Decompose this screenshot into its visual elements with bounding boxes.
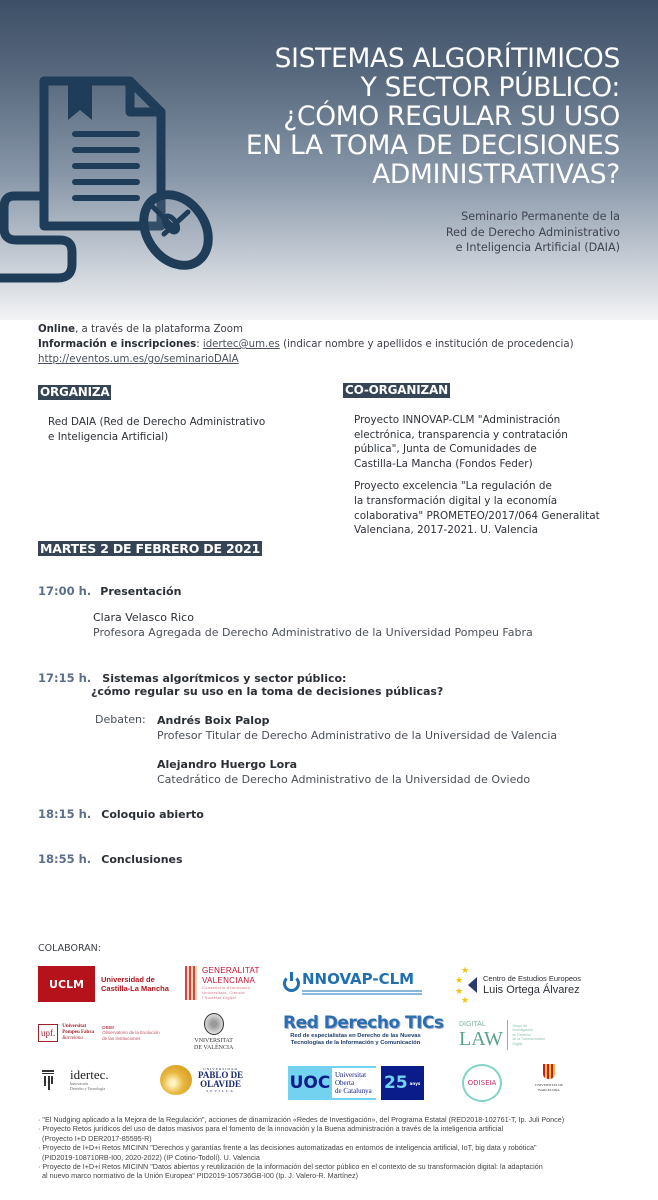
coorganizers-section: CO-ORGANIZAN Proyecto INNOVAP-CLM "Admin… (343, 381, 633, 538)
debate-label: Debaten: (95, 713, 146, 726)
title-line: ADMINISTRATIVAS? (160, 160, 620, 189)
text-line: colaborativa" PROMETEO/2017/064 Generali… (354, 509, 633, 524)
odiseia-logo: ODISEIA (462, 1064, 502, 1102)
uoc-mark: UOC (288, 1066, 332, 1100)
idertec-text: idertec. Innovación Derecho y Tecnología (70, 1068, 109, 1091)
program-title: Sistemas algorítmicos y sector público: (102, 672, 346, 685)
program-time: 17:00 h. (38, 584, 91, 598)
speaker-role: Profesora Agregada de Derecho Administra… (93, 625, 533, 640)
speaker-name: Alejandro Huergo Lora (157, 757, 530, 772)
speaker-role: Catedrático de Derecho Administrativo de… (157, 772, 530, 787)
text-line: idertec. (70, 1068, 109, 1081)
footnote: (Proyecto I+D DER2017-85595-R) (38, 1134, 638, 1143)
speaker: Alejandro Huergo Lora Catedrático de Der… (157, 757, 530, 787)
footnote: al nuevo marco normativo de la Unión Eur… (38, 1171, 638, 1180)
coorganizer-project: Proyecto INNOVAP-CLM "Administración ele… (354, 413, 633, 471)
digital-law-text: DIGITAL LAW (459, 1021, 503, 1049)
event-subtitle: Seminario Permanente de la Red de Derech… (300, 209, 620, 256)
digital-law-logo: DIGITAL LAW Grupo de Investigación en De… (459, 1020, 545, 1050)
text-line: Derecho y Tecnología (70, 1086, 109, 1091)
speaker: Andrés Boix Palop Profesor Titular de De… (157, 713, 557, 743)
text-line: VNIVERSITAT (194, 1038, 233, 1045)
text-line: UNIVERSITAT DE (535, 1083, 563, 1088)
footnote: · Proyecto de I+D+i Retos MICINN "Datos … (38, 1162, 638, 1171)
text-line: Red de especialistas en Derecho de las N… (283, 1033, 428, 1040)
gva-text: GENERALITAT VALENCIANA Conselleria d'Inn… (202, 966, 260, 1000)
column-icon (42, 1070, 54, 1090)
program-item: 17:00 h. Presentación (38, 580, 181, 599)
organizer-section: ORGANIZA Red DAIA (Red de Derecho Admini… (38, 383, 308, 444)
title-line: SISTEMAS ALGORÍTIMICOS (160, 44, 620, 73)
footnote: · "El Nudging aplicado a la Mejora de la… (38, 1115, 638, 1124)
universitat-valencia-logo: VNIVERSITAT DE VALÈNCIA (194, 1013, 233, 1052)
idertec-logo: idertec. Innovación Derecho y Tecnología (42, 1068, 109, 1091)
uoc-25-badge: 25anys (381, 1066, 424, 1100)
text-line: Proyecto excelencia "La regulación de (354, 479, 633, 494)
text-line: Digital (512, 1042, 545, 1047)
innovap-text: NNOVAP-CLM (302, 972, 422, 987)
pablo-olavide-logo: UNIVERSIDAD PABLO DE OLAVIDE SEVILLA (160, 1065, 243, 1095)
uoc-logo: UOC Universitat Oberta de Catalunya 25an… (288, 1066, 424, 1100)
text-line: OLAVIDE (198, 1080, 243, 1089)
program-title: Conclusiones (101, 853, 182, 866)
generalitat-valenciana-logo: GENERALITAT VALENCIANA Conselleria d'Inn… (185, 966, 260, 1000)
organizer-heading: ORGANIZA (38, 385, 111, 400)
program-title-line-2: ¿cómo regular su uso en la toma de decis… (91, 685, 443, 698)
innovap-clm-logo: NNOVAP-CLM (283, 972, 422, 995)
text-line: Red DAIA (Red de Derecho Administrativo (48, 415, 308, 430)
footnote: · Proyecto de I+D+i Retos MICINN "Derech… (38, 1143, 638, 1152)
online-text: , a través de la plataforma Zoom (75, 324, 243, 335)
speaker-role: Profesor Titular de Derecho Administrati… (157, 728, 557, 743)
subtitle-line: e Inteligencia Artificial (DAIA) (300, 240, 620, 256)
coorganizer-project: Proyecto excelencia "La regulación de la… (354, 479, 633, 537)
obiei-text: OBIEI Observatorio de la Evolución de la… (102, 1025, 160, 1042)
text-line: VALENCIANA (202, 976, 260, 986)
upo-text: UNIVERSIDAD PABLO DE OLAVIDE SEVILLA (198, 1067, 243, 1093)
text-line: Valenciana, 2017-2021. U. Valencia (354, 523, 633, 538)
uclm-logo: UCLM Universidad de Castilla-La Mancha (38, 966, 169, 1002)
collaborators-heading: COLABORAN: (38, 943, 101, 954)
program-item: 18:15 h. Coloquio abierto (38, 803, 204, 822)
event-date: MARTES 2 DE FEBRERO DE 2021 (38, 540, 262, 558)
program-item: 18:55 h. Conclusiones (38, 848, 183, 867)
text-line: electrónica, transparencia y contratació… (354, 428, 633, 443)
text-line: GENERALITAT (202, 966, 260, 976)
online-line: Online, a través de la plataforma Zoom (38, 322, 574, 337)
text-line: pública", Junta de Comunidades de (354, 442, 633, 457)
universitat-barcelona-logo: UNIVERSITAT DE BARCELONA (535, 1064, 563, 1092)
subtitle-line: Red de Derecho Administrativo (300, 225, 620, 241)
ub-shield (543, 1064, 555, 1079)
text-line: Tecnologías de la Información y Comunica… (283, 1040, 428, 1047)
text-line: Castilla-La Mancha (Fondos Feder) (354, 457, 633, 472)
cee-text: Centro de Estudios Europeos Luis Ortega … (483, 974, 581, 997)
text-line: de Catalunya (335, 1087, 376, 1095)
upo-emblem (160, 1065, 192, 1095)
coorganizers-text: Proyecto INNOVAP-CLM "Administración ele… (354, 413, 633, 538)
speaker-name: Andrés Boix Palop (157, 713, 557, 728)
program-time: 18:55 h. (38, 852, 91, 866)
text-line: Luis Ortega Álvarez (483, 984, 581, 997)
text-line: Universitat (335, 1071, 376, 1079)
event-info: Online, a través de la plataforma Zoom I… (38, 322, 574, 367)
stars-icon: ★ ★ ★ ★ (455, 965, 477, 1005)
program-time: 18:15 h. (38, 807, 91, 821)
text-line: anys (410, 1081, 421, 1086)
text-line: Proyecto INNOVAP-CLM "Administración (354, 413, 633, 428)
uv-seal (204, 1013, 224, 1035)
registration-note: (indicar nombre y apellidos e institució… (280, 339, 574, 350)
text-line: Barcelona (62, 1036, 94, 1042)
date-heading: MARTES 2 DE FEBRERO DE 2021 (38, 541, 262, 556)
subtitle-line: Seminario Permanente de la (300, 209, 620, 225)
text-line: Centro de Estudios Europeos (483, 974, 581, 984)
text-line: Universidad de (101, 975, 169, 984)
power-icon (283, 975, 300, 992)
text-line: SEVILLA (198, 1089, 243, 1093)
title-line: ¿CÓMO REGULAR SU USO (160, 102, 620, 131)
organizer-text: Red DAIA (Red de Derecho Administrativo … (48, 415, 308, 444)
centro-estudios-europeos-logo: ★ ★ ★ ★ Centro de Estudios Europeos Luis… (455, 965, 581, 1005)
online-label: Online (38, 324, 75, 335)
gva-emblem (185, 966, 197, 1000)
upf-logo: upf. Universitat Pompeu Fabra Barcelona … (38, 1024, 160, 1042)
tics-title: Red Derecho TICs (283, 1014, 444, 1033)
speaker: Clara Velasco Rico Profesora Agregada de… (93, 610, 533, 640)
uclm-text: Universidad de Castilla-La Mancha (101, 975, 169, 993)
title-line: Y SECTOR PÚBLICO: (160, 73, 620, 102)
digital-law-subtitle: Grupo de Investigación en Derecho de la … (512, 1024, 545, 1047)
footnote: (PID2019-108710RB-I00, 2020-2022) (IP Co… (38, 1153, 638, 1162)
header-banner: SISTEMAS ALGORÍTIMICOS Y SECTOR PÚBLICO:… (0, 0, 658, 320)
text-line: e Inteligencia Artificial) (48, 430, 308, 445)
program-title: Presentación (100, 585, 181, 598)
ub-text: UNIVERSITAT DE BARCELONA (535, 1083, 563, 1092)
text-line: Observatorio de la Evolución (102, 1030, 160, 1036)
text-line: LAW (459, 1029, 503, 1049)
uclm-mark: UCLM (38, 966, 95, 1002)
odiseia-text: ODISEIA (468, 1079, 497, 1087)
uoc-text: Universitat Oberta de Catalunya (332, 1066, 376, 1100)
footnote: · Proyecto Retos jurídicos del uso de da… (38, 1124, 638, 1133)
text-line: la transformación digital y la economía (354, 494, 633, 509)
registration-line: Información e inscripciones: idertec@um.… (38, 337, 574, 352)
text-line: BARCELONA (535, 1088, 563, 1093)
coorganizers-heading: CO-ORGANIZAN (343, 383, 450, 398)
text-line: Oberta (335, 1079, 376, 1087)
speaker-name: Clara Velasco Rico (93, 610, 533, 625)
red-derecho-tics-logo: Red Derecho TICs Red de especialistas en… (283, 1014, 444, 1047)
funding-footnotes: · "El Nudging aplicado a la Mejora de la… (38, 1115, 638, 1181)
text-line: DE VALÈNCIA (194, 1045, 233, 1052)
text-line: Castilla-La Mancha (101, 984, 169, 993)
registration-label: Información e inscripciones (38, 339, 196, 350)
upf-mark: upf. (38, 1024, 58, 1042)
program-time: 17:15 h. (38, 670, 91, 686)
email-link[interactable]: idertec@um.es (203, 339, 280, 350)
separator: : (196, 339, 203, 350)
text-line: 25 (384, 1073, 408, 1093)
title-line: EN LA TOMA DE DECISIONES (160, 131, 620, 160)
event-url-link[interactable]: http://eventos.um.es/go/seminarioDAIA (38, 354, 239, 365)
program-title: Coloquio abierto (101, 808, 204, 821)
text-line: de las Instituciones (102, 1036, 160, 1042)
tics-subtitle: Red de especialistas en Derecho de las N… (283, 1033, 428, 1047)
uv-text: VNIVERSITAT DE VALÈNCIA (194, 1038, 233, 1052)
upf-text: Universitat Pompeu Fabra Barcelona (62, 1024, 94, 1042)
event-title: SISTEMAS ALGORÍTIMICOS Y SECTOR PÚBLICO:… (160, 44, 620, 189)
